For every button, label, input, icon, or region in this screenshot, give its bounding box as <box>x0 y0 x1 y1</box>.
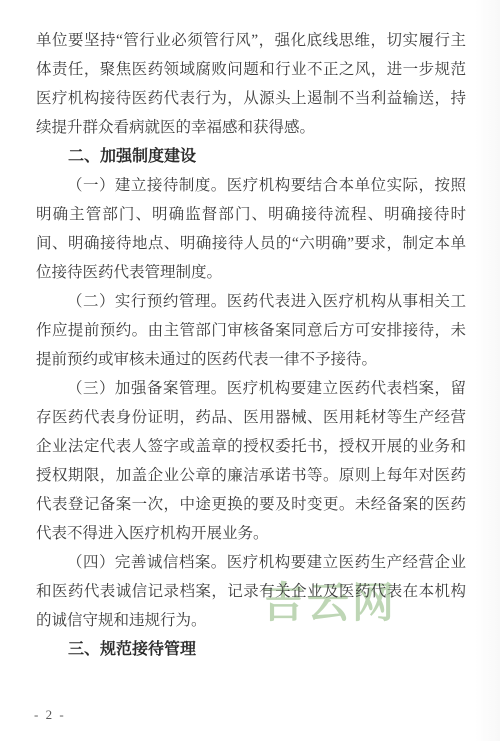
section-heading-strengthen-system: 二、加强制度建设 <box>36 142 466 171</box>
paragraph-item-2-appointment-management: （二）实行预约管理。医药代表进入医疗机构从事相关工作应提前预约。由主管部门审核备… <box>36 287 466 374</box>
page-number: - 2 - <box>34 707 66 723</box>
paragraph-continuation: 单位要坚持“管行业必须管行风”，强化底线思维，切实履行主体责任，聚焦医药领域腐败… <box>36 26 466 142</box>
paragraph-item-4-integrity-records: （四）完善诚信档案。医疗机构要建立医药生产经营企业和医药代表诚信记录档案，记录有… <box>36 548 466 635</box>
document-content: 单位要坚持“管行业必须管行风”，强化底线思维，切实履行主体责任，聚焦医药领域腐败… <box>36 26 466 664</box>
paragraph-item-3-filing-management: （三）加强备案管理。医疗机构要建立医药代表档案，留存医药代表身份证明，药品、医用… <box>36 374 466 548</box>
paragraph-item-1-reception-system: （一）建立接待制度。医疗机构要结合本单位实际，按照明确主管部门、明确监督部门、明… <box>36 171 466 287</box>
document-page: 吉云网 单位要坚持“管行业必须管行风”，强化底线思维，切实履行主体责任，聚焦医药… <box>0 0 500 741</box>
section-heading-standardize-reception: 三、规范接待管理 <box>36 635 466 664</box>
